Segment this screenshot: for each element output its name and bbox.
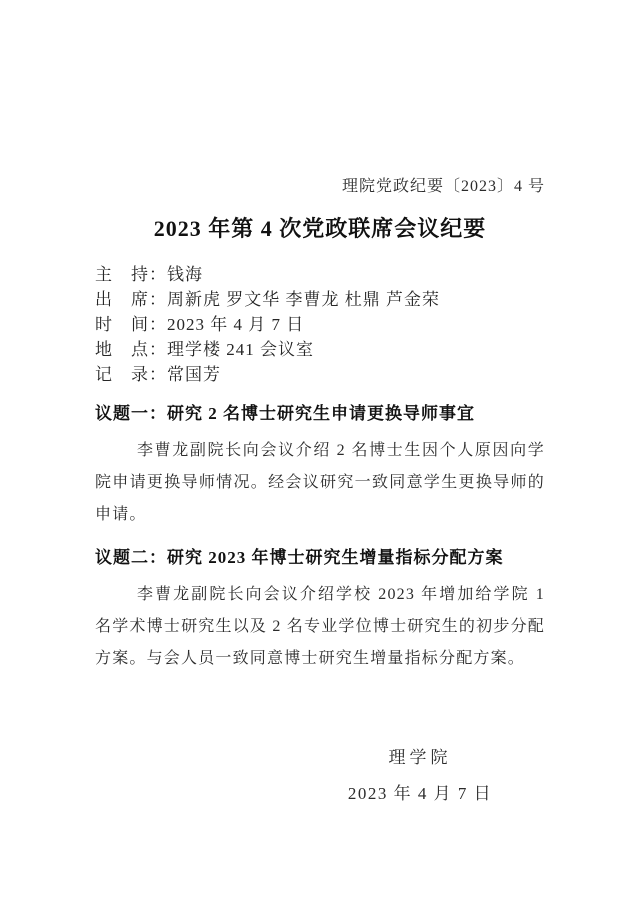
meta-label-time: 时 间：	[95, 315, 167, 334]
signature-block: 理学院 2023 年 4 月 7 日	[295, 745, 545, 806]
meta-row-attendees: 出 席：周新虎 罗文华 李曹龙 杜鼎 芦金荣	[95, 287, 545, 312]
meta-row-location: 地 点：理学楼 241 会议室	[95, 337, 545, 362]
meta-block: 主 持：钱海 出 席：周新虎 罗文华 李曹龙 杜鼎 芦金荣 时 间：2023 年…	[95, 262, 545, 387]
meta-value-time: 2023 年 4 月 7 日	[167, 315, 304, 334]
meta-row-recorder: 记 录：常国芳	[95, 362, 545, 387]
signature-date: 2023 年 4 月 7 日	[295, 781, 545, 806]
topic-2-heading: 议题二：研究 2023 年博士研究生增量指标分配方案	[95, 546, 545, 570]
meta-label-recorder: 记 录：	[95, 365, 167, 384]
meta-label-attendees: 出 席：	[95, 290, 167, 309]
topic-2-body: 李曹龙副院长向会议介绍学校 2023 年增加给学院 1 名学术博士研究生以及 2…	[95, 579, 545, 675]
meta-row-host: 主 持：钱海	[95, 262, 545, 287]
document-page: 理院党政纪要〔2023〕4 号 2023 年第 4 次党政联席会议纪要 主 持：…	[0, 0, 639, 904]
meta-value-recorder: 常国芳	[167, 365, 221, 384]
signature-org: 理学院	[295, 745, 545, 770]
topic-1-heading: 议题一：研究 2 名博士研究生申请更换导师事宜	[95, 402, 545, 426]
doc-number: 理院党政纪要〔2023〕4 号	[95, 176, 545, 198]
topic-1-body: 李曹龙副院长向会议介绍 2 名博士生因个人原因向学院申请更换导师情况。经会议研究…	[95, 435, 545, 531]
meta-label-host: 主 持：	[95, 265, 167, 284]
meta-label-location: 地 点：	[95, 340, 167, 359]
doc-title: 2023 年第 4 次党政联席会议纪要	[95, 212, 545, 246]
meta-value-location: 理学楼 241 会议室	[167, 340, 314, 359]
meta-value-attendees: 周新虎 罗文华 李曹龙 杜鼎 芦金荣	[167, 290, 440, 309]
meta-row-time: 时 间：2023 年 4 月 7 日	[95, 312, 545, 337]
meta-value-host: 钱海	[167, 265, 203, 284]
